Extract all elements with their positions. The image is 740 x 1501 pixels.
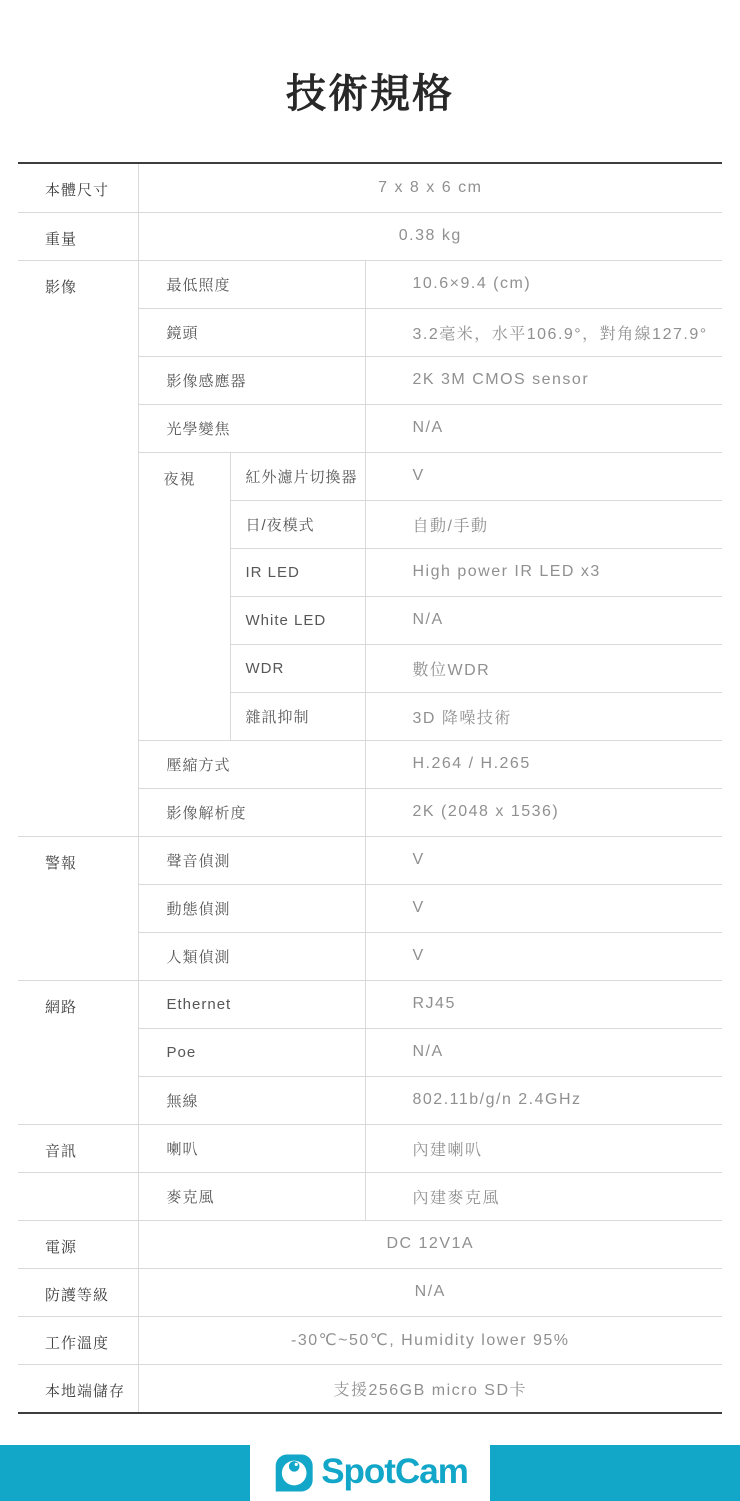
spec-value: 內建喇叭: [365, 1124, 722, 1172]
spec-label: 光學變焦: [138, 404, 365, 452]
category-label: 電源: [18, 1220, 138, 1268]
spec-row: 電源 DC 12V1A: [18, 1220, 722, 1268]
spec-value: 2K 3M CMOS sensor: [365, 356, 722, 404]
category-label: 工作溫度: [18, 1316, 138, 1364]
footer: SpotCam: [0, 1445, 740, 1501]
spec-value: -30℃~50℃, Humidity lower 95%: [138, 1316, 722, 1364]
spec-value: 3.2毫米，水平106.9°，對角線127.9°: [365, 308, 722, 356]
spec-value: 支援256GB micro SD卡: [138, 1364, 722, 1412]
spec-value: 自動/手動: [365, 500, 722, 548]
spotcam-logo-text: SpotCam: [321, 1454, 468, 1492]
spec-value: N/A: [365, 1028, 722, 1076]
footer-bar-right: [490, 1445, 740, 1501]
spec-value: N/A: [365, 404, 722, 452]
category-label: 警報: [18, 836, 138, 980]
spec-value: N/A: [365, 596, 722, 644]
spec-value: 7 x 8 x 6 cm: [138, 164, 722, 212]
spec-row: 影像 最低照度 10.6×9.4 (cm): [18, 260, 722, 308]
spec-value: V: [365, 932, 722, 980]
spec-row: 防護等級 N/A: [18, 1268, 722, 1316]
category-label: 本地端儲存: [18, 1364, 138, 1412]
category-label: 影像: [18, 260, 138, 836]
spec-value: N/A: [138, 1268, 722, 1316]
spec-value: High power IR LED x3: [365, 548, 722, 596]
spec-row: 本地端儲存 支援256GB micro SD卡: [18, 1364, 722, 1412]
spec-label: 雜訊抑制: [230, 692, 365, 740]
spec-label: 鏡頭: [138, 308, 365, 356]
category-label: [18, 1172, 138, 1220]
spec-value: 3D 降噪技術: [365, 692, 722, 740]
spec-row: 本體尺寸 7 x 8 x 6 cm: [18, 164, 722, 212]
spec-value: 2K (2048 x 1536): [365, 788, 722, 836]
spec-row: 網路 Ethernet RJ45: [18, 980, 722, 1028]
group-label: 夜視: [138, 452, 230, 740]
spec-row: 警報 聲音偵測 V: [18, 836, 722, 884]
spec-label: White LED: [230, 596, 365, 644]
spec-label: 最低照度: [138, 260, 365, 308]
spec-label: Ethernet: [138, 980, 365, 1028]
spec-value: H.264 / H.265: [365, 740, 722, 788]
spec-label: 影像感應器: [138, 356, 365, 404]
spec-label: 紅外濾片切換器: [230, 452, 365, 500]
footer-bar-left: [0, 1445, 250, 1501]
spec-label: IR LED: [230, 548, 365, 596]
spec-value: RJ45: [365, 980, 722, 1028]
spec-label: 日/夜模式: [230, 500, 365, 548]
spec-label: 壓縮方式: [138, 740, 365, 788]
spec-label: 影像解析度: [138, 788, 365, 836]
spec-label: WDR: [230, 644, 365, 692]
spec-table: 本體尺寸 7 x 8 x 6 cm 重量 0.38 kg 影像 最低照度 10.…: [18, 162, 722, 1414]
spec-value: V: [365, 452, 722, 500]
spec-label: 聲音偵測: [138, 836, 365, 884]
spec-page: 技術規格 本體尺寸 7 x 8 x 6 cm 重量 0.38 kg 影像 最低照…: [0, 70, 740, 1501]
page-title: 技術規格: [0, 70, 740, 118]
spec-label: 喇叭: [138, 1124, 365, 1172]
spec-label: 麥克風: [138, 1172, 365, 1220]
spec-value: 0.38 kg: [138, 212, 722, 260]
spec-label: Poe: [138, 1028, 365, 1076]
spec-value: 10.6×9.4 (cm): [365, 260, 722, 308]
spec-value: 數位WDR: [365, 644, 722, 692]
spec-row: 工作溫度 -30℃~50℃, Humidity lower 95%: [18, 1316, 722, 1364]
spec-row: 音訊 喇叭 內建喇叭: [18, 1124, 722, 1172]
spec-row: 麥克風 內建麥克風: [18, 1172, 722, 1220]
spec-value: V: [365, 884, 722, 932]
spec-label: 無線: [138, 1076, 365, 1124]
spec-value: 內建麥克風: [365, 1172, 722, 1220]
spotcam-logo: SpotCam: [272, 1451, 468, 1495]
spec-value: 802.11b/g/n 2.4GHz: [365, 1076, 722, 1124]
spotcam-eye-icon: [272, 1451, 316, 1495]
spec-label: 人類偵測: [138, 932, 365, 980]
category-label: 防護等級: [18, 1268, 138, 1316]
category-label: 重量: [18, 212, 138, 260]
category-label: 網路: [18, 980, 138, 1124]
category-label: 本體尺寸: [18, 164, 138, 212]
category-label: 音訊: [18, 1124, 138, 1172]
spec-label: 動態偵測: [138, 884, 365, 932]
spec-value: DC 12V1A: [138, 1220, 722, 1268]
spec-row: 重量 0.38 kg: [18, 212, 722, 260]
spec-value: V: [365, 836, 722, 884]
